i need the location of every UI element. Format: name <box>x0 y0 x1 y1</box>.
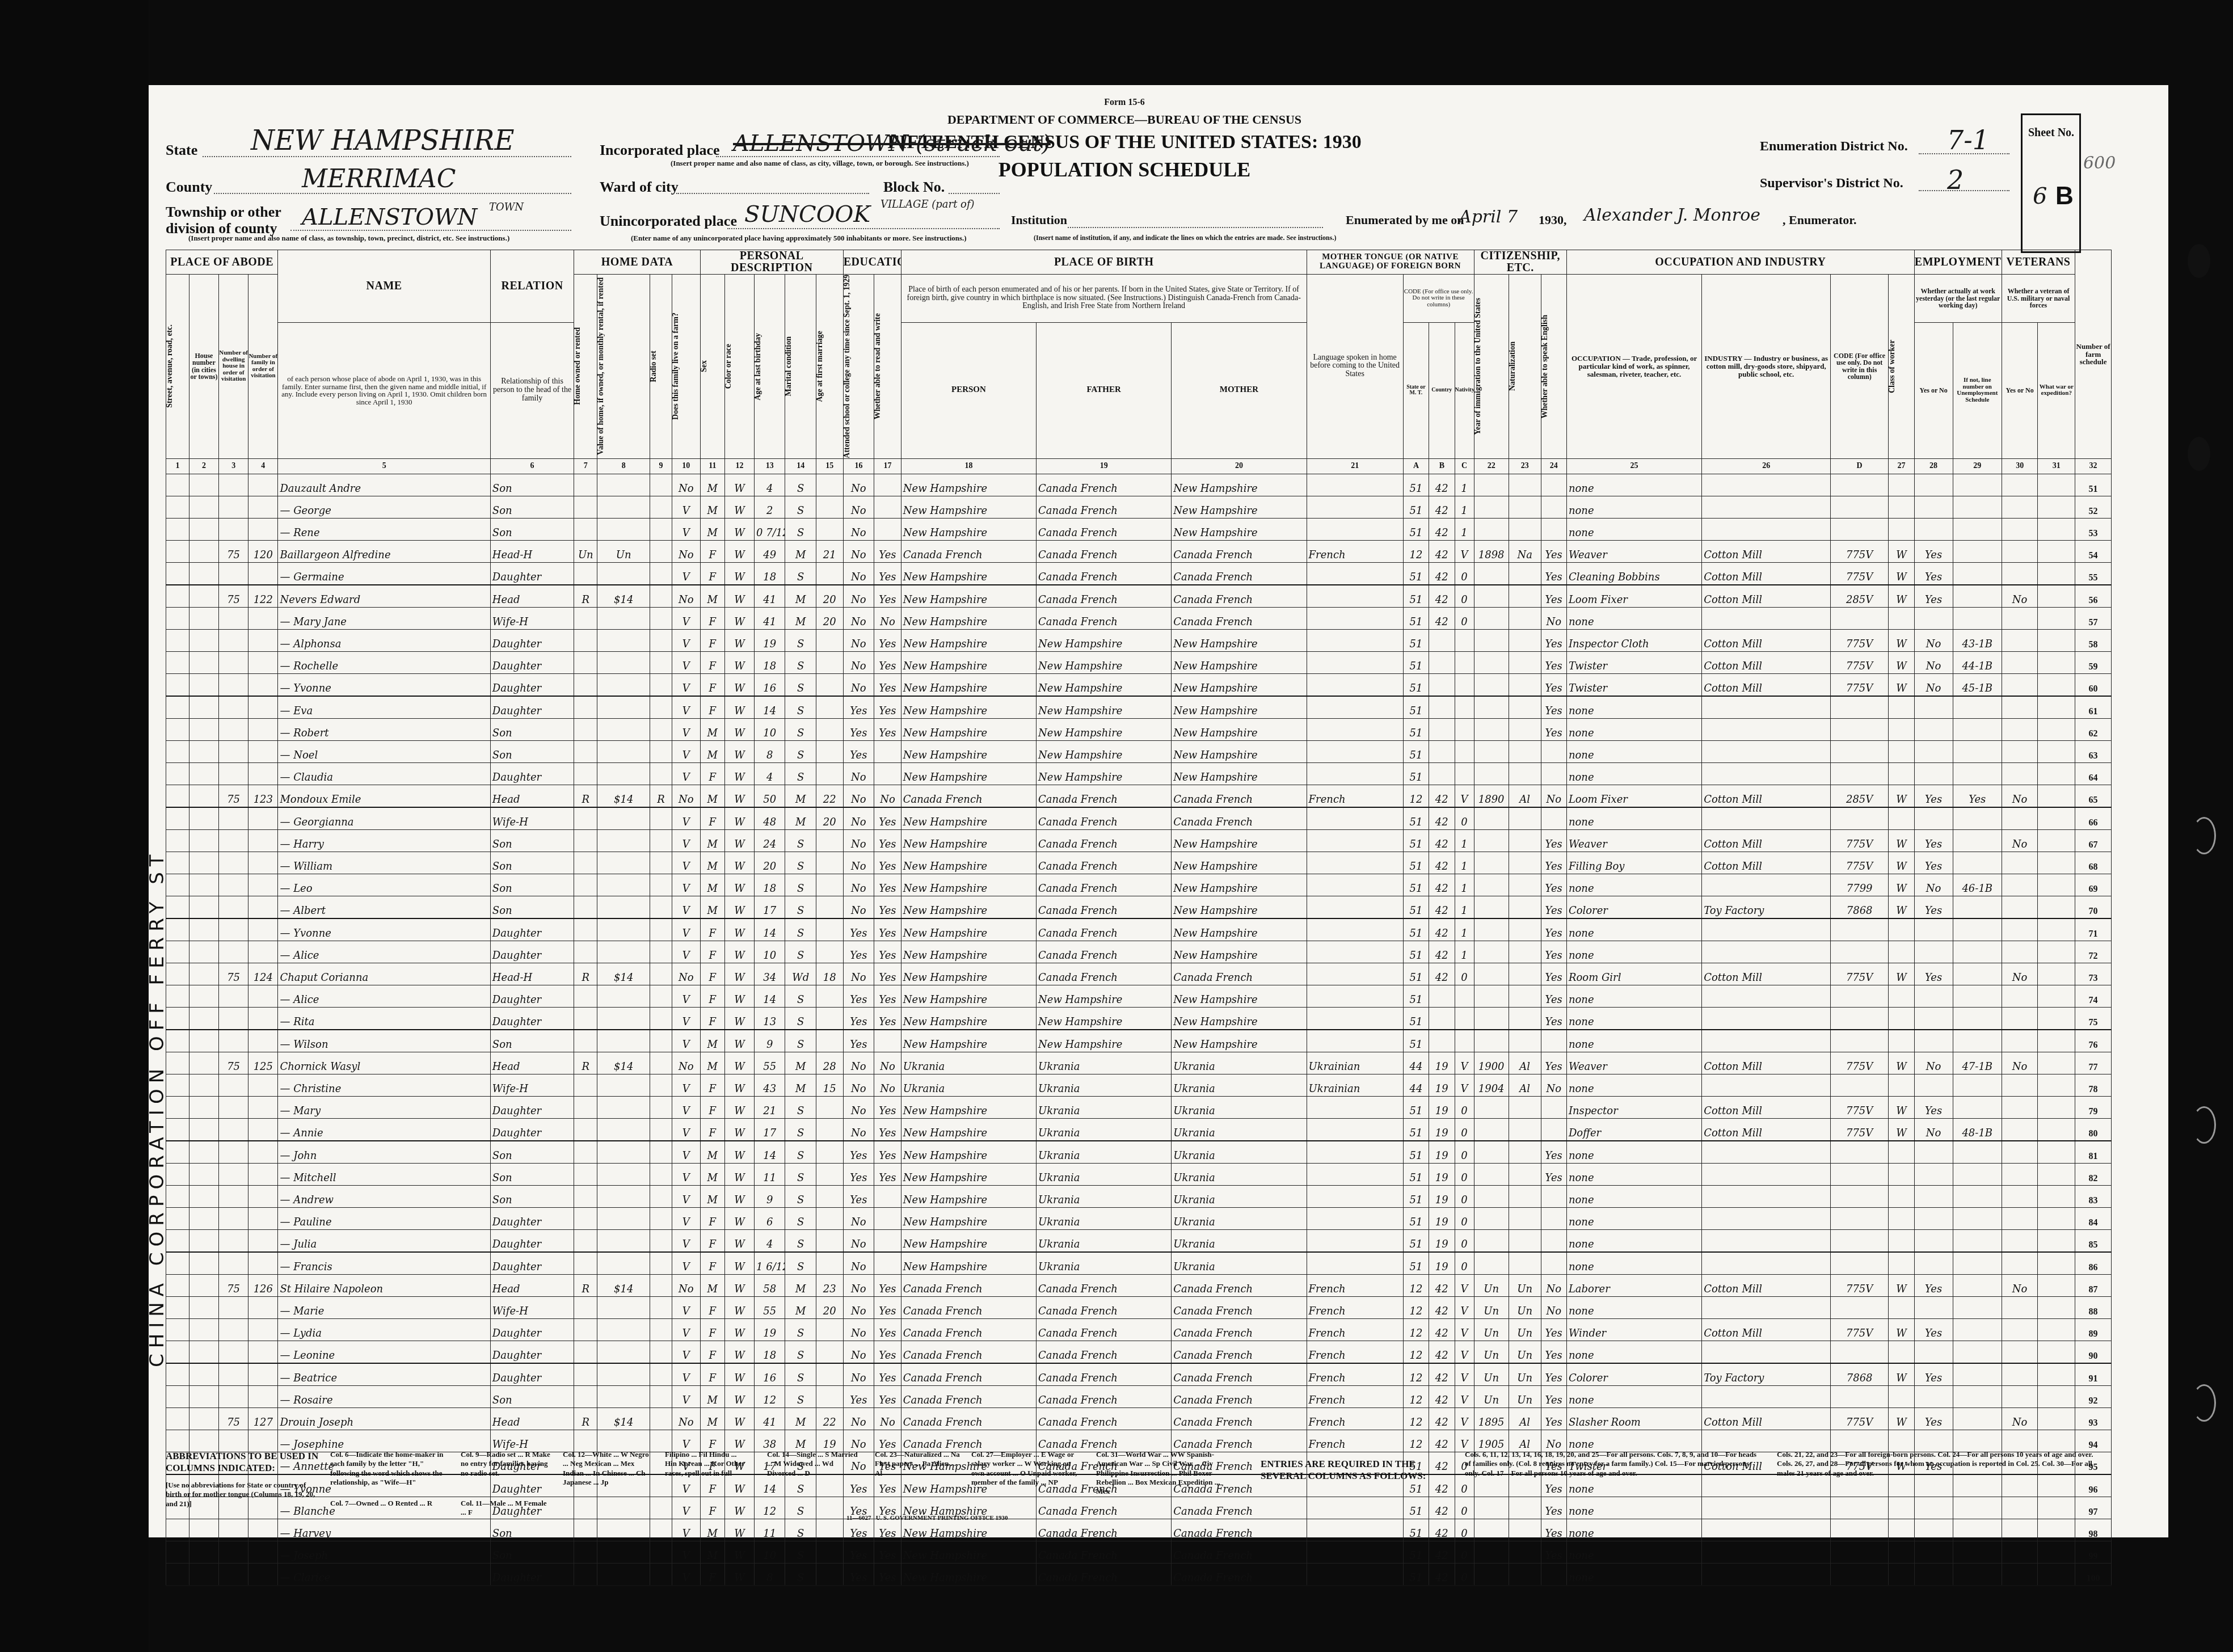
cell-family <box>248 562 278 585</box>
cell-house <box>189 496 218 518</box>
cell-age: 55 <box>755 1052 785 1074</box>
cell-english: Yes <box>1541 696 1566 719</box>
cell-value <box>597 718 650 740</box>
cell-agemar <box>816 1030 843 1052</box>
cell-code: 775V <box>1831 852 1889 874</box>
cell-race: W <box>724 807 754 830</box>
table-row: — JosephSonVMW10SYesYesNew HampshireCana… <box>166 1541 2112 1563</box>
cell-mbp: New Hampshire <box>1172 941 1307 963</box>
header-owned: Home owned or rented <box>574 327 583 405</box>
cell-natur <box>1509 1563 1541 1586</box>
cell-ind <box>1702 696 1831 719</box>
cell-street <box>166 607 189 629</box>
cell-immig <box>1474 629 1509 651</box>
cell-immig: 1904 <box>1474 1074 1509 1096</box>
cell-read <box>874 518 901 540</box>
cell-sex: F <box>700 1207 724 1229</box>
cell-school: Yes <box>843 718 874 740</box>
cell-cA: 51 <box>1403 673 1429 696</box>
cell-code: 775V <box>1831 562 1889 585</box>
cell-ind <box>1702 1141 1831 1164</box>
cell-occ: none <box>1566 1074 1701 1096</box>
cell-occ: none <box>1566 874 1701 896</box>
cell-natur <box>1509 918 1541 941</box>
cell-farm: V <box>672 496 700 518</box>
cell-fbp: New Hampshire <box>1037 696 1172 719</box>
line-number: 58 <box>2075 629 2112 651</box>
cell-war <box>2038 1074 2075 1096</box>
cell-mbp: New Hampshire <box>1172 740 1307 762</box>
cell-war <box>2038 874 2075 896</box>
cell-dwelling <box>219 607 248 629</box>
table-row: — AndrewSonVMW9SYesNew HampshireUkraniaU… <box>166 1185 2112 1207</box>
column-number: 14 <box>785 458 816 474</box>
cell-house <box>189 1229 218 1252</box>
cell-sex: M <box>700 496 724 518</box>
ed-value: 7-1 <box>1947 125 1989 155</box>
form-number: Form 15-6 <box>983 98 1266 108</box>
cell-cA: 51 <box>1403 518 1429 540</box>
cell-immig <box>1474 963 1509 985</box>
cell-sex: F <box>700 1229 724 1252</box>
cell-cls <box>1889 1207 1914 1229</box>
cell-english <box>1541 740 1566 762</box>
cell-immig <box>1474 1030 1509 1052</box>
cell-ind <box>1702 1229 1831 1252</box>
cell-sex: F <box>700 762 724 785</box>
cell-cC: 1 <box>1455 829 1474 852</box>
cell-rel: Head <box>490 1052 574 1074</box>
institution-note: (Insert name of institution, if any, and… <box>1034 234 1336 242</box>
cell-name: — Lydia <box>278 1318 490 1341</box>
binder-hole <box>2188 437 2210 471</box>
cell-fbp: Ukrania <box>1037 1074 1172 1096</box>
township-note: (Insert proper name and also name of cla… <box>188 234 509 243</box>
cell-dwelling <box>219 1207 248 1229</box>
incorporated-note: (Insert proper name and also name of cla… <box>671 159 969 168</box>
cell-farm: V <box>672 673 700 696</box>
cell-age: 41 <box>755 607 785 629</box>
cell-dwelling <box>219 1363 248 1386</box>
cell-cls: W <box>1889 562 1914 585</box>
cell-owned <box>574 1185 597 1207</box>
cell-house <box>189 918 218 941</box>
cell-sex: F <box>700 1341 724 1363</box>
column-number: 24 <box>1541 458 1566 474</box>
cell-cA: 51 <box>1403 1185 1429 1207</box>
header-class-of-worker: Class of worker <box>1889 340 1897 393</box>
cell-tongue <box>1307 1541 1403 1563</box>
cell-english <box>1541 1030 1566 1052</box>
cell-dwelling <box>219 518 248 540</box>
cell-cls: W <box>1889 540 1914 562</box>
line-number: 80 <box>2075 1118 2112 1141</box>
cell-rel: Son <box>490 518 574 540</box>
cell-value <box>597 1096 650 1118</box>
cell-unemp: 47-1B <box>1953 1052 2002 1074</box>
cell-value <box>597 807 650 830</box>
cell-race: W <box>724 852 754 874</box>
cell-farm: V <box>672 1163 700 1185</box>
cell-owned <box>574 1229 597 1252</box>
cell-marital: S <box>785 740 816 762</box>
cell-marital: M <box>785 1274 816 1296</box>
cell-family: 127 <box>248 1407 278 1430</box>
street-annotation: CHINA CORPORATION OFF FERRY ST <box>146 573 168 1367</box>
cell-sex: F <box>700 540 724 562</box>
table-row: — WilliamSonVMW20SNoYesNew HampshireCana… <box>166 852 2112 874</box>
cell-natur <box>1509 1163 1541 1185</box>
cell-street <box>166 1141 189 1164</box>
cell-ind <box>1702 1296 1831 1318</box>
cell-school: No <box>843 874 874 896</box>
cell-street <box>166 807 189 830</box>
cell-race: W <box>724 918 754 941</box>
cell-natur <box>1509 562 1541 585</box>
cell-ind: Cotton Mill <box>1702 1274 1831 1296</box>
cell-value <box>597 762 650 785</box>
cell-name: — Germaine <box>278 562 490 585</box>
cell-value <box>597 1541 650 1563</box>
cell-cB: 19 <box>1429 1074 1455 1096</box>
cell-cB: 42 <box>1429 585 1455 608</box>
cell-school: Yes <box>843 1163 874 1185</box>
cell-name: — Julia <box>278 1229 490 1252</box>
cell-immig <box>1474 562 1509 585</box>
cell-mbp: New Hampshire <box>1172 874 1307 896</box>
cell-tongue <box>1307 718 1403 740</box>
header-code-a: State or M. T. <box>1403 322 1429 458</box>
cell-house <box>189 963 218 985</box>
line-number: 73 <box>2075 963 2112 985</box>
header-naturalization: Naturalization <box>1509 342 1518 391</box>
cell-english: Yes <box>1541 1052 1566 1074</box>
table-row: — AliceDaughterVFW14SYesYesNew Hampshire… <box>166 985 2112 1007</box>
cell-english <box>1541 1185 1566 1207</box>
cell-ind <box>1702 607 1831 629</box>
column-number: 20 <box>1172 458 1307 474</box>
cell-ind <box>1702 1341 1831 1363</box>
cell-tongue: French <box>1307 1341 1403 1363</box>
cell-mbp: New Hampshire <box>1172 918 1307 941</box>
cell-war <box>2038 1252 2075 1275</box>
cell-war <box>2038 1163 2075 1185</box>
cell-radio <box>650 1207 672 1229</box>
census-sheet: Form 15-6 DEPARTMENT OF COMMERCE—BUREAU … <box>149 85 2168 1537</box>
cell-cC: 0 <box>1455 1163 1474 1185</box>
cell-value: $14 <box>597 963 650 985</box>
cell-read: Yes <box>874 1341 901 1363</box>
cell-bp: New Hampshire <box>901 1541 1036 1563</box>
cell-school: No <box>843 1407 874 1430</box>
cell-war <box>2038 1185 2075 1207</box>
cell-radio <box>650 1030 672 1052</box>
cell-war <box>2038 518 2075 540</box>
cell-english <box>1541 518 1566 540</box>
line-number: 86 <box>2075 1252 2112 1275</box>
cell-cB: 19 <box>1429 1052 1455 1074</box>
cell-school: No <box>843 1229 874 1252</box>
cell-natur: Un <box>1509 1318 1541 1341</box>
table-row: 75122Nevers EdwardHeadR$14NoMW41M20NoYes… <box>166 585 2112 608</box>
cell-sex: M <box>700 518 724 540</box>
cell-cls <box>1889 1252 1914 1275</box>
header-code-note: CODE (For office use only. Do not write … <box>1403 275 1474 323</box>
cell-occ: Weaver <box>1566 1052 1701 1074</box>
cell-radio <box>650 1096 672 1118</box>
cell-value <box>597 518 650 540</box>
state-value: NEW HAMPSHIRE <box>251 125 514 157</box>
footer-col7: Col. 7—Owned ... O Rented ... R <box>330 1499 444 1508</box>
cell-cC <box>1455 762 1474 785</box>
cell-cls <box>1889 1007 1914 1030</box>
block-label: Block No. <box>883 179 945 196</box>
cell-tongue <box>1307 1252 1403 1275</box>
cell-name: Nevers Edward <box>278 585 490 608</box>
cell-cls <box>1889 1296 1914 1318</box>
cell-school: Yes <box>843 1007 874 1030</box>
cell-farm: V <box>672 1341 700 1363</box>
cell-age: 20 <box>755 852 785 874</box>
cell-read: Yes <box>874 696 901 719</box>
cell-vet <box>2002 1007 2038 1030</box>
cell-code: 775V <box>1831 1318 1889 1341</box>
cell-agemar <box>816 629 843 651</box>
cell-war <box>2038 1563 2075 1586</box>
cell-bp: New Hampshire <box>901 585 1036 608</box>
cell-cA: 51 <box>1403 629 1429 651</box>
cell-unemp <box>1953 1007 2002 1030</box>
cell-family: 124 <box>248 963 278 985</box>
cell-school: No <box>843 829 874 852</box>
cell-sex: F <box>700 562 724 585</box>
cell-race: W <box>724 985 754 1007</box>
cell-name: — Wilson <box>278 1030 490 1052</box>
cell-unemp <box>1953 1096 2002 1118</box>
cell-house <box>189 1296 218 1318</box>
cell-street <box>166 1007 189 1030</box>
cell-race: W <box>724 1118 754 1141</box>
column-number: 9 <box>650 458 672 474</box>
cell-work: Yes <box>1914 562 1953 585</box>
cell-street <box>166 496 189 518</box>
cell-agemar <box>816 762 843 785</box>
cell-code <box>1831 918 1889 941</box>
cell-cA: 51 <box>1403 874 1429 896</box>
cell-fbp: Ukrania <box>1037 1207 1172 1229</box>
cell-family <box>248 1096 278 1118</box>
group-occupation: OCCUPATION AND INDUSTRY <box>1566 250 1914 275</box>
cell-farm: V <box>672 918 700 941</box>
cell-marital: S <box>785 673 816 696</box>
cell-mbp: New Hampshire <box>1172 496 1307 518</box>
cell-race: W <box>724 1096 754 1118</box>
cell-code <box>1831 1207 1889 1229</box>
cell-agemar <box>816 1341 843 1363</box>
cell-cA: 51 <box>1403 1096 1429 1118</box>
cell-unemp <box>1953 496 2002 518</box>
table-row: — NoelSonVMW8SYesNew HampshireNew Hampsh… <box>166 740 2112 762</box>
group-place-of-birth: PLACE OF BIRTH <box>901 250 1307 275</box>
cell-natur: Un <box>1509 1296 1541 1318</box>
cell-marital: S <box>785 696 816 719</box>
cell-fbp: Canada French <box>1037 562 1172 585</box>
cell-occ: none <box>1566 807 1701 830</box>
cell-value <box>597 1141 650 1164</box>
cell-street <box>166 1541 189 1563</box>
cell-rel: Son <box>490 1541 574 1563</box>
cell-ind <box>1702 740 1831 762</box>
cell-mbp: Canada French <box>1172 1274 1307 1296</box>
cell-tongue <box>1307 1207 1403 1229</box>
cell-value <box>597 1163 650 1185</box>
cell-value <box>597 1030 650 1052</box>
cell-sex: M <box>700 1407 724 1430</box>
cell-tongue <box>1307 874 1403 896</box>
cell-school: No <box>843 1074 874 1096</box>
column-number: 3 <box>219 458 248 474</box>
cell-school: No <box>843 762 874 785</box>
cell-value <box>597 1318 650 1341</box>
footer-col6: Col. 6—Indicate the home-maker in each f… <box>330 1450 444 1487</box>
cell-occ: none <box>1566 1563 1701 1586</box>
cell-tongue <box>1307 562 1403 585</box>
cell-cls: W <box>1889 629 1914 651</box>
cell-rel: Son <box>490 1163 574 1185</box>
cell-code: 7868 <box>1831 896 1889 918</box>
cell-cB: 42 <box>1429 852 1455 874</box>
cell-cA: 51 <box>1403 651 1429 673</box>
cell-cC: 1 <box>1455 941 1474 963</box>
cell-work <box>1914 1007 1953 1030</box>
cell-rel: Wife-H <box>490 1296 574 1318</box>
column-number: 8 <box>597 458 650 474</box>
cell-sex: F <box>700 696 724 719</box>
cell-rel: Daughter <box>490 1007 574 1030</box>
cell-street <box>166 829 189 852</box>
cell-vet <box>2002 629 2038 651</box>
cell-read: Yes <box>874 963 901 985</box>
cell-cC <box>1455 673 1474 696</box>
cell-cA: 51 <box>1403 762 1429 785</box>
cell-english: Yes <box>1541 1141 1566 1164</box>
cell-school: No <box>843 607 874 629</box>
department: DEPARTMENT OF COMMERCE—BUREAU OF THE CEN… <box>869 112 1380 127</box>
cell-farm: No <box>672 540 700 562</box>
cell-ind <box>1702 1541 1831 1563</box>
cell-race: W <box>724 1252 754 1275</box>
cell-value: $14 <box>597 785 650 807</box>
county-label: County <box>166 179 212 196</box>
cell-sex: M <box>700 718 724 740</box>
cell-street <box>166 1096 189 1118</box>
cell-natur: Na <box>1509 540 1541 562</box>
cell-cB <box>1429 1007 1455 1030</box>
cell-vet <box>2002 1563 2038 1586</box>
cell-age: 1 6/12 <box>755 1252 785 1275</box>
cell-school: No <box>843 585 874 608</box>
cell-english <box>1541 474 1566 496</box>
cell-tongue <box>1307 1007 1403 1030</box>
cell-farm: V <box>672 1007 700 1030</box>
cell-cB: 42 <box>1429 896 1455 918</box>
cell-war <box>2038 896 2075 918</box>
cell-dwelling <box>219 985 248 1007</box>
group-employment: EMPLOYMENT <box>1914 250 2002 275</box>
cell-fbp: Ukrania <box>1037 1229 1172 1252</box>
cell-war <box>2038 1096 2075 1118</box>
cell-name: — Leonine <box>278 1341 490 1363</box>
cell-dwelling <box>219 762 248 785</box>
line-number: 57 <box>2075 607 2112 629</box>
cell-vet <box>2002 1363 2038 1386</box>
cell-natur: Un <box>1509 1363 1541 1386</box>
cell-ind <box>1702 985 1831 1007</box>
cell-english: Yes <box>1541 896 1566 918</box>
cell-street <box>166 1207 189 1229</box>
cell-cB <box>1429 673 1455 696</box>
cell-age: 21 <box>755 1096 785 1118</box>
cell-vet <box>2002 1296 2038 1318</box>
cell-mbp: New Hampshire <box>1172 762 1307 785</box>
header-house-number: House number (in cities or towns) <box>189 275 218 459</box>
cell-house <box>189 1118 218 1141</box>
cell-name: — Georgianna <box>278 807 490 830</box>
cell-radio <box>650 518 672 540</box>
cell-age: 9 <box>755 1185 785 1207</box>
line-number: 52 <box>2075 496 2112 518</box>
cell-read: Yes <box>874 918 901 941</box>
header-at-work: Yes or No <box>1914 322 1953 458</box>
cell-war <box>2038 1274 2075 1296</box>
column-number: 15 <box>816 458 843 474</box>
cell-code: 775V <box>1831 963 1889 985</box>
cell-name: — Yvonne <box>278 918 490 941</box>
column-number: 27 <box>1889 458 1914 474</box>
cell-english <box>1541 1252 1566 1275</box>
cell-code <box>1831 518 1889 540</box>
cell-dwelling: 75 <box>219 540 248 562</box>
cell-work <box>1914 1229 1953 1252</box>
cell-agemar <box>816 718 843 740</box>
cell-marital: S <box>785 941 816 963</box>
cell-value <box>597 941 650 963</box>
cell-agemar <box>816 518 843 540</box>
cell-radio <box>650 985 672 1007</box>
cell-farm: V <box>672 740 700 762</box>
cell-cC: 1 <box>1455 852 1474 874</box>
cell-agemar: 20 <box>816 607 843 629</box>
cell-radio <box>650 585 672 608</box>
cell-agemar <box>816 1096 843 1118</box>
cell-age: 10 <box>755 941 785 963</box>
cell-english: Yes <box>1541 651 1566 673</box>
cell-bp: New Hampshire <box>901 807 1036 830</box>
cell-unemp <box>1953 1163 2002 1185</box>
cell-vet <box>2002 852 2038 874</box>
cell-english: Yes <box>1541 874 1566 896</box>
cell-english: Yes <box>1541 829 1566 852</box>
cell-race: W <box>724 1363 754 1386</box>
cell-ind: Cotton Mill <box>1702 1052 1831 1074</box>
cell-cA: 44 <box>1403 1074 1429 1096</box>
cell-immig: 1895 <box>1474 1407 1509 1430</box>
cell-dwelling: 75 <box>219 585 248 608</box>
cell-natur <box>1509 518 1541 540</box>
cell-family: 126 <box>248 1274 278 1296</box>
table-row: — Mary JaneWife-HVFW41M20NoNoNew Hampshi… <box>166 607 2112 629</box>
cell-work <box>1914 1185 1953 1207</box>
